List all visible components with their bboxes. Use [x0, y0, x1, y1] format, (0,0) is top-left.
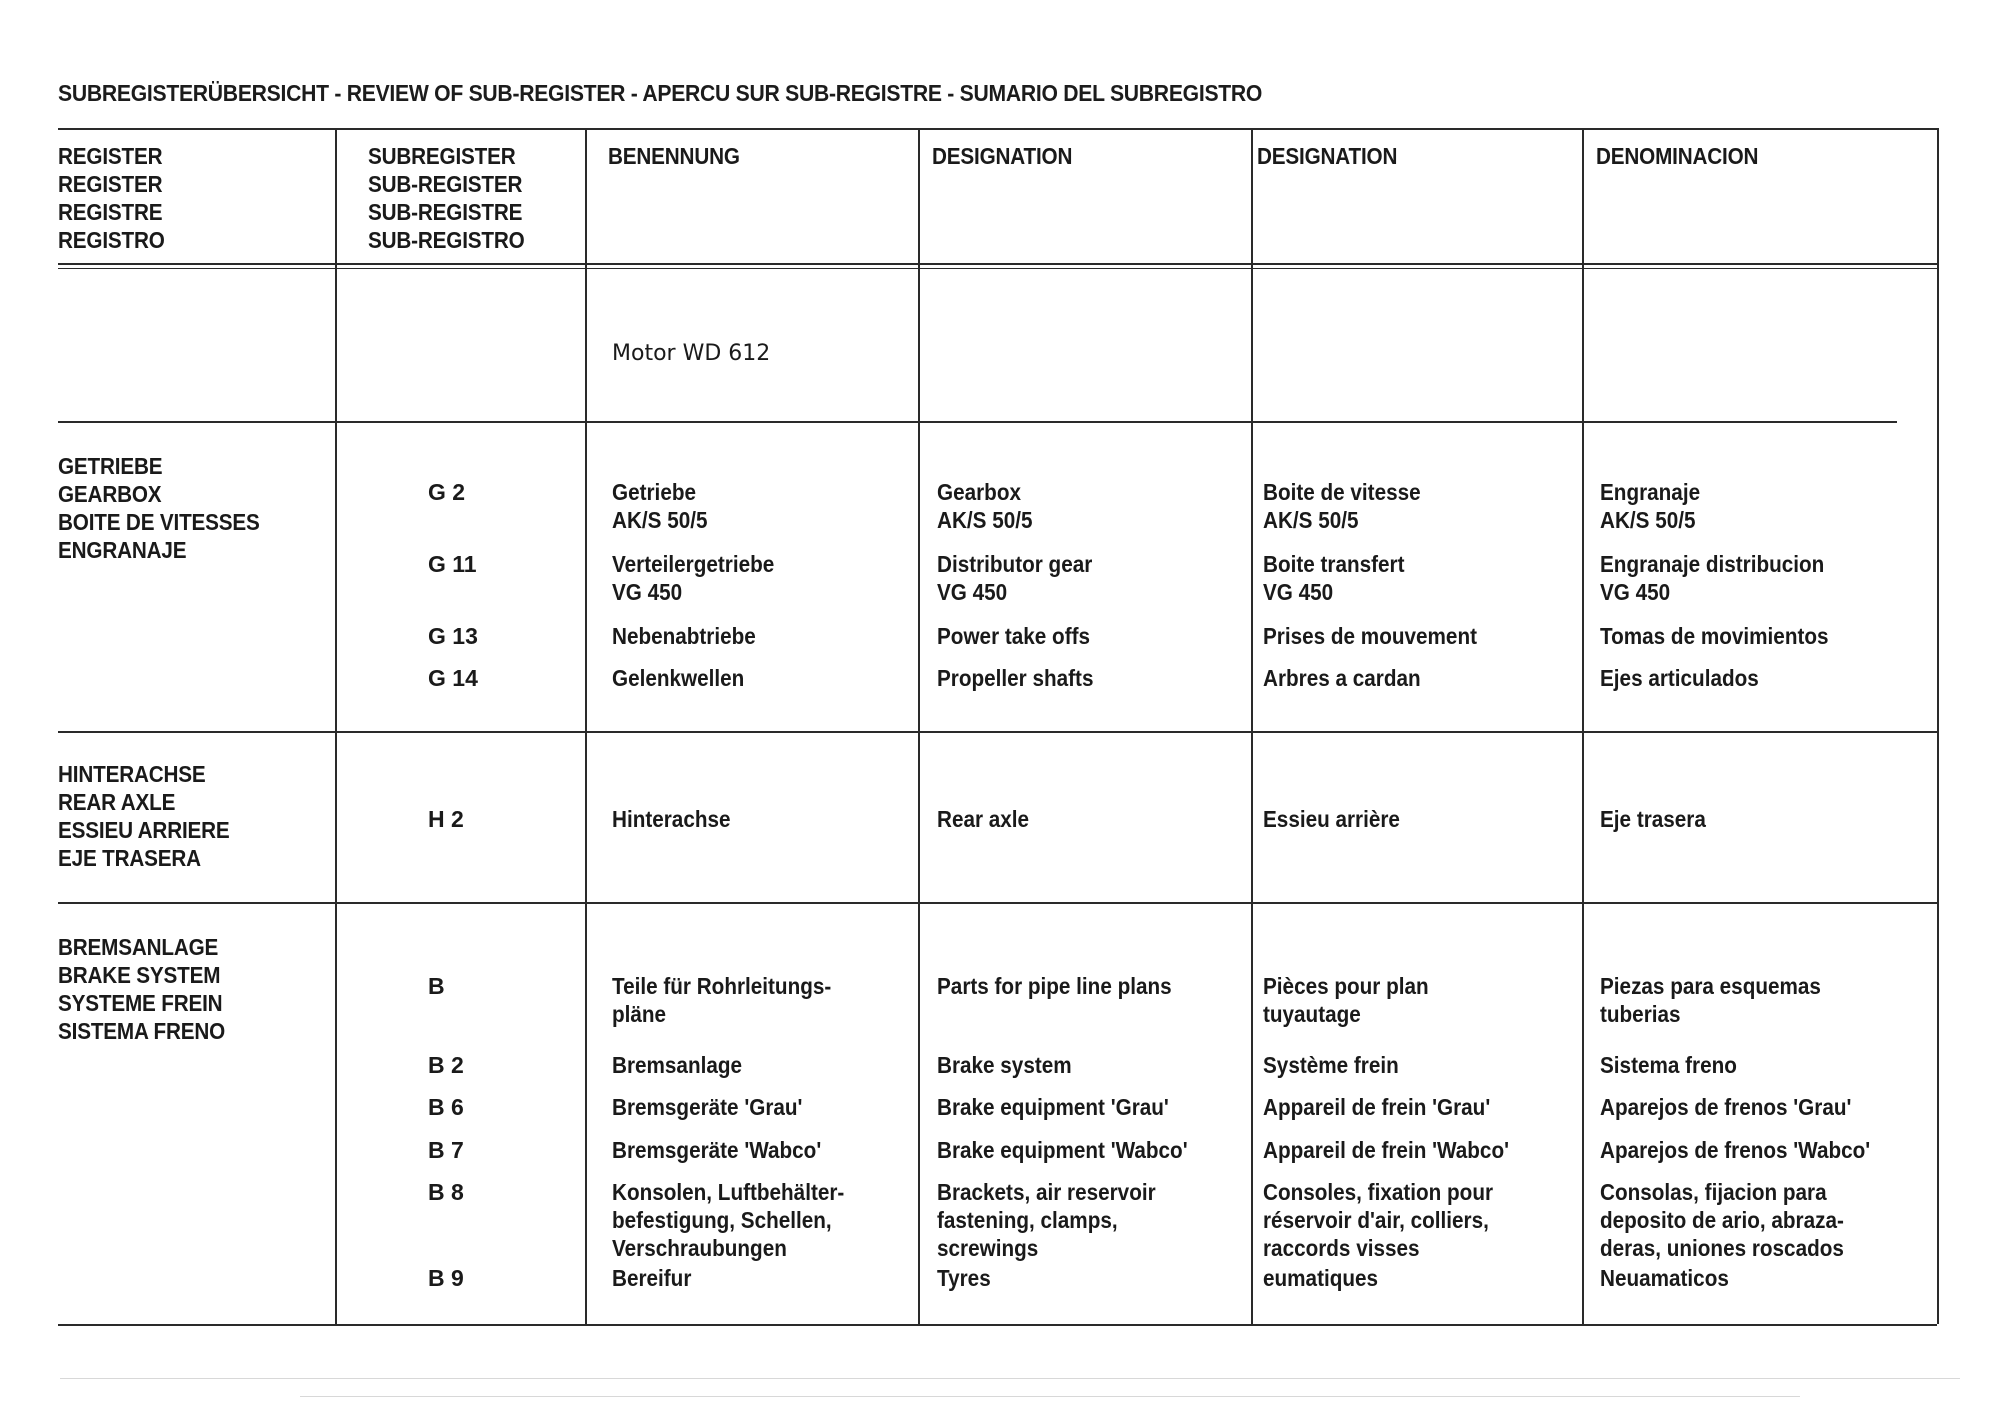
designation-en: Power take offs: [937, 622, 1090, 650]
designation-es: Aparejos de frenos 'Grau': [1600, 1093, 1851, 1121]
table-top-border-left: [58, 128, 585, 130]
designation-de: Verteilergetriebe VG 450: [612, 550, 774, 606]
subregister-code: B: [428, 972, 445, 1000]
designation-es: Engranaje distribucion VG 450: [1600, 550, 1824, 606]
register-name: SYSTEME FREIN: [58, 989, 222, 1017]
subregister-code: B 7: [428, 1136, 464, 1164]
subregister-code: B 9: [428, 1264, 464, 1292]
designation-de: Konsolen, Luftbehälter- befestigung, Sch…: [612, 1178, 844, 1262]
table-right-border: [1937, 128, 1939, 1324]
designation-es: Eje trasera: [1600, 805, 1706, 833]
subregister-code: B 8: [428, 1178, 464, 1206]
column-divider: [1251, 128, 1253, 1324]
header-subregister: SUB-REGISTER: [368, 170, 522, 198]
designation-fr: eumatiques: [1263, 1264, 1378, 1292]
header-subregister: SUBREGISTER: [368, 142, 516, 170]
designation-en: Tyres: [937, 1264, 991, 1292]
column-divider: [1582, 128, 1584, 1324]
designation-fr: Pièces pour plan tuyautage: [1263, 972, 1429, 1028]
designation-fr: Essieu arrière: [1263, 805, 1400, 833]
header-denominacion: DENOMINACION: [1596, 142, 1758, 170]
designation-fr: Prises de mouvement: [1263, 622, 1477, 650]
designation-de: Motor WD 612: [612, 340, 770, 368]
designation-fr: Appareil de frein 'Wabco': [1263, 1136, 1509, 1164]
column-divider: [918, 128, 920, 1324]
designation-en: Brake equipment 'Wabco': [937, 1136, 1188, 1164]
designation-de: Bremsgeräte 'Grau': [612, 1093, 802, 1121]
designation-fr: Appareil de frein 'Grau': [1263, 1093, 1490, 1121]
subregister-code: H 2: [428, 805, 464, 833]
designation-es: Piezas para esquemas tuberias: [1600, 972, 1821, 1028]
subregister-code: G 11: [428, 550, 477, 578]
designation-fr: Boite transfert VG 450: [1263, 550, 1404, 606]
group-divider: [58, 902, 1937, 904]
designation-de: Teile für Rohrleitungs- pläne: [612, 972, 831, 1028]
register-name: BREMSANLAGE: [58, 933, 218, 961]
subregister-code: G 14: [428, 664, 478, 692]
subregister-code: B 6: [428, 1093, 464, 1121]
designation-de: Nebenabtriebe: [612, 622, 756, 650]
header-register: REGISTRE: [58, 198, 162, 226]
register-name: GEARBOX: [58, 480, 161, 508]
column-divider: [335, 128, 337, 1324]
designation-es: Engranaje AK/S 50/5: [1600, 478, 1700, 534]
designation-fr: Boite de vitesse AK/S 50/5: [1263, 478, 1421, 534]
register-name: EJE TRASERA: [58, 844, 201, 872]
designation-en: Brackets, air reservoir fastening, clamp…: [937, 1178, 1156, 1262]
table-top-border: [585, 128, 1937, 130]
subregister-code: B 2: [428, 1051, 464, 1079]
designation-en: Rear axle: [937, 805, 1029, 833]
header-designation-en: DESIGNATION: [932, 142, 1072, 170]
designation-en: Propeller shafts: [937, 664, 1093, 692]
header-divider-double: [58, 268, 1937, 269]
designation-es: Tomas de movimientos: [1600, 622, 1829, 650]
designation-es: Ejes articulados: [1600, 664, 1759, 692]
register-name: ESSIEU ARRIERE: [58, 816, 230, 844]
header-subregister: SUB-REGISTRE: [368, 198, 522, 226]
designation-de: Gelenkwellen: [612, 664, 744, 692]
column-divider: [585, 128, 587, 1324]
designation-en: Parts for pipe line plans: [937, 972, 1172, 1000]
designation-de: Bereifur: [612, 1264, 691, 1292]
group-divider: [58, 421, 1897, 423]
header-register: REGISTER: [58, 170, 162, 198]
designation-de: Bremsgeräte 'Wabco': [612, 1136, 821, 1164]
header-register: REGISTRO: [58, 226, 165, 254]
group-divider: [58, 1324, 1937, 1326]
designation-fr: Arbres a cardan: [1263, 664, 1421, 692]
designation-de: Bremsanlage: [612, 1051, 742, 1079]
header-register: REGISTER: [58, 142, 162, 170]
designation-es: Sistema freno: [1600, 1051, 1737, 1079]
page-title: SUBREGISTERÜBERSICHT - REVIEW OF SUB-REG…: [58, 80, 1262, 107]
register-name: REAR AXLE: [58, 788, 175, 816]
designation-en: Distributor gear VG 450: [937, 550, 1092, 606]
designation-en: Brake equipment 'Grau': [937, 1093, 1169, 1121]
register-name: GETRIEBE: [58, 452, 162, 480]
subregister-code: G 13: [428, 622, 478, 650]
header-divider: [58, 263, 1937, 265]
register-name: ENGRANAJE: [58, 536, 186, 564]
designation-en: Gearbox AK/S 50/5: [937, 478, 1032, 534]
register-name: BOITE DE VITESSES: [58, 508, 260, 536]
designation-es: Aparejos de frenos 'Wabco': [1600, 1136, 1870, 1164]
designation-fr: Consoles, fixation pour réservoir d'air,…: [1263, 1178, 1493, 1262]
register-name: SISTEMA FRENO: [58, 1017, 225, 1045]
designation-de: Getriebe AK/S 50/5: [612, 478, 707, 534]
designation-de: Hinterachse: [612, 805, 731, 833]
scan-artifact: [300, 1396, 1800, 1397]
designation-fr: Système frein: [1263, 1051, 1399, 1079]
designation-en: Brake system: [937, 1051, 1072, 1079]
designation-es: Neuamaticos: [1600, 1264, 1729, 1292]
register-name: BRAKE SYSTEM: [58, 961, 220, 989]
header-subregister: SUB-REGISTRO: [368, 226, 525, 254]
header-designation-fr: DESIGNATION: [1257, 142, 1397, 170]
subregister-code: G 2: [428, 478, 465, 506]
scan-artifact: [60, 1378, 1960, 1379]
designation-es: Consolas, fijacion para deposito de ario…: [1600, 1178, 1844, 1262]
register-name: HINTERACHSE: [58, 760, 206, 788]
header-benennung: BENENNUNG: [608, 142, 740, 170]
group-divider: [58, 731, 1937, 733]
